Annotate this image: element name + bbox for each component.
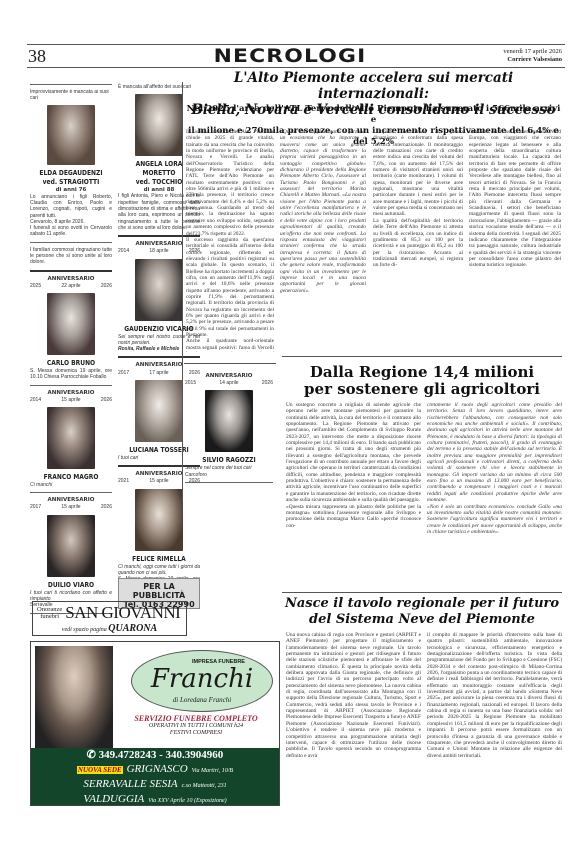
anniversary-label: ANNIVERSARIO [185, 373, 273, 379]
divider [118, 356, 200, 358]
obit-name: DUILIO VIARO [36, 581, 106, 590]
anniversary-dates: 202522 aprile2026 [30, 283, 112, 289]
article2-column2: cretamente il ruolo degli agricoltori co… [427, 402, 562, 554]
service-operative: OPERATIVI IN TUTTI I COMUNI h24 [117, 723, 275, 730]
phone-row: ✆ 349.4728243 - 340.3904960 [31, 749, 279, 762]
obit-funeral: I funerali si sono svolti in Cervarolo s… [30, 225, 112, 238]
headline-line2: del Sistema Neve del Piemonte [282, 612, 562, 628]
portrait-luciana [135, 380, 183, 442]
obit-text: S. Messa domenica 19 aprile, ore 10.10 C… [30, 368, 112, 381]
new-office-badge: NUOVA SEDE [77, 766, 123, 774]
obit-name: LUCIANA TOSSERI [124, 446, 194, 455]
anniversary-label: ANNIVERSARIO [30, 497, 112, 503]
portrait-silvio [205, 390, 253, 452]
obit-text: Lo annunciano i figli Roberto, Claudia c… [30, 194, 112, 219]
anniversary-dates: 201415 aprile2026 [30, 397, 112, 403]
prefix-line2: funebri [37, 613, 62, 620]
contact-bar: ✆ 349.4728243 - 340.3904960 NUOVA SEDE G… [31, 748, 279, 805]
portrait-duilio [47, 515, 95, 577]
portrait-franco [47, 407, 95, 469]
franchi-funeral-ad: IMPRESA FUNEBRE Franchi di Loredana Fran… [30, 641, 280, 806]
day: 15 aprile [149, 478, 168, 484]
article3-headline: Nasce il tavolo regionale per il futuro … [282, 596, 562, 628]
portrait-loredana [35, 646, 113, 748]
divider [184, 363, 276, 364]
year-from: 2015 [185, 380, 196, 386]
see-text: vedi spazio pagina [62, 627, 107, 633]
column-divider [182, 82, 183, 502]
year-from: 2025 [30, 283, 41, 289]
year-from: 2014 [30, 397, 41, 403]
location-1: NUOVA SEDE GRIGNASCO Via Martiri, 10/B [31, 762, 279, 777]
divider [30, 385, 112, 386]
issue-date: venerdì 17 aprile 2026 [503, 48, 562, 56]
ad-brand: SAN GIOVANNI [65, 604, 180, 622]
location-name: VALDUGGIA [83, 793, 144, 805]
article3-column1: Una nuova cabina di regia con Province e… [286, 632, 421, 808]
obit-place: Carcoforo [185, 472, 273, 478]
obit-name: CARLO BRUNO [36, 359, 106, 368]
location-address: c.so Matteotti, 231 [182, 783, 227, 789]
obit-name: GAUDENZIO VICARIO [124, 325, 194, 334]
anniversary-label: ANNIVERSARIO [30, 390, 112, 396]
subheadline-line1: Nel 2025 l'area dell'ATL Terre dell'Alto… [185, 104, 562, 126]
headline-line1: Dalla Regione 14,4 milioni [282, 364, 562, 381]
see-place: QUARONA [108, 623, 157, 634]
header-bottom-rule [27, 67, 565, 68]
prefix-line1: Onoranze [37, 606, 62, 613]
ad-title: PER LA PUBBLICITÀ [119, 582, 199, 600]
year-to: 2026 [262, 380, 273, 386]
divider [30, 492, 112, 493]
day: 15 aprile [61, 504, 80, 510]
ad-see-page: vedi spazio pagina QUARONA [37, 623, 182, 634]
day: 18 aprile [149, 248, 168, 254]
obit-text: Ci manchi [30, 482, 112, 488]
year-to: 2026 [101, 397, 112, 403]
year-from: 2017 [30, 504, 41, 510]
obit-name: ANGELA LORA MORETTO [124, 160, 194, 178]
year-to: 2026 [101, 504, 112, 510]
article1-column3: L'impatto economico di questo dinamismo … [373, 129, 463, 347]
divider [282, 356, 562, 357]
service-info: SERVIZIO FUNEBRE COMPLETO OPERATIVI IN T… [117, 715, 275, 737]
portrait-gaudenzio [135, 259, 183, 321]
portrait-angela [135, 94, 183, 156]
divider [282, 592, 562, 593]
obit-married-name: ved. TOCCHIO [124, 178, 194, 187]
article3-column2: il compito di mappare le priorità d'inte… [427, 632, 562, 808]
article2-headline: Dalla Regione 14,4 milioni per sostenere… [282, 364, 562, 398]
obit-name: ELDA DEGAUDENZI [36, 169, 106, 178]
obit-intro: Improvvisamente è mancata ai suoi cari [30, 89, 112, 101]
divider [30, 84, 112, 85]
location-address: Via XXV Aprile 10 (Esposizione) [148, 798, 226, 804]
obituary-silvio: ANNIVERSARIO 201514 aprile2026 SILVIO RA… [185, 370, 273, 487]
date-info: venerdì 17 aprile 2026 Corriere Valsesia… [503, 48, 562, 64]
year-from: 2014 [118, 248, 129, 254]
service-title: SERVIZIO FUNEBRE COMPLETO [117, 715, 275, 723]
article1-column2: «Questi dati rappresentano la forza di u… [280, 129, 366, 347]
portrait-felice [135, 489, 183, 551]
year-from: 2021 [118, 478, 129, 484]
obit-text: Ci manchi, oggi come tutti i giorni da q… [118, 564, 200, 577]
anniversary-dates: 201514 aprile2026 [185, 380, 273, 386]
article1-column1: Il sistema turistico dell'Alto Piemonte … [186, 129, 274, 352]
day: 15 aprile [61, 397, 80, 403]
ad-prefix: Onoranze funebri [37, 606, 62, 620]
location-name: SERRAVALLE SESIA [83, 778, 177, 790]
divider [30, 270, 112, 272]
section-title: NECROLOGI [0, 45, 580, 67]
phone-numbers: 349.4728243 - 340.3904960 [99, 749, 224, 761]
day: 17 aprile [149, 370, 168, 376]
obituary-column-1: Improvvisamente è mancata ai suoi cari E… [30, 84, 112, 618]
location-3: VALDUGGIA Via XXV Aprile 10 (Esposizione… [31, 792, 279, 806]
headline-line2: per sostenere gli agricoltori [282, 381, 562, 398]
headline-line1: L'Alto Piemonte accelera sui mercati int… [185, 70, 562, 102]
year-from: 2017 [118, 370, 129, 376]
obit-name: SILVIO RAGOZZI [192, 456, 267, 465]
obit-married-name: ved. STRAGIOTTI [36, 178, 106, 187]
newspaper-name: Corriere Valsesiano [507, 56, 562, 63]
headline-line1: Nasce il tavolo regionale per il futuro [282, 596, 562, 612]
service-holidays: FESTIVI COMPRESI [117, 730, 275, 737]
portrait-elda [47, 105, 95, 165]
obit-thanks: I familiari commossi ringraziano tutte l… [30, 247, 112, 266]
brand-name: Franchi [132, 665, 272, 693]
article2-column1: Un sostegno concreto a migliaia di azien… [286, 402, 421, 554]
ad-name-row: Onoranze funebri SAN GIOVANNI [37, 604, 182, 622]
brand-oval: IMPRESA FUNEBRE Franchi di Loredana Fran… [131, 650, 273, 712]
day: 14 aprile [219, 380, 238, 386]
location-2: SERRAVALLE SESIA c.so Matteotti, 231 [31, 777, 279, 792]
article1-column4: namismo dei flussi provenienti dal Nord … [469, 129, 561, 347]
location-address: Via Martiri, 10/B [192, 768, 233, 774]
day: 22 aprile [61, 283, 80, 289]
anniversary-label: ANNIVERSARIO [30, 276, 112, 282]
obit-name: FRANCO MAGRO [36, 473, 106, 482]
portrait-carlo [47, 293, 95, 355]
divider [30, 242, 112, 243]
brand-owner: di Loredana Franchi [132, 696, 272, 704]
year-to: 2026 [101, 283, 112, 289]
anniversary-dates: 201715 aprile2026 [30, 504, 112, 510]
san-giovanni-ad: Onoranze funebri SAN GIOVANNI vedi spazi… [32, 601, 187, 636]
divider [185, 482, 273, 483]
phone-icon: ✆ [87, 749, 99, 761]
obit-name: FELICE RIMELLA [124, 555, 194, 564]
